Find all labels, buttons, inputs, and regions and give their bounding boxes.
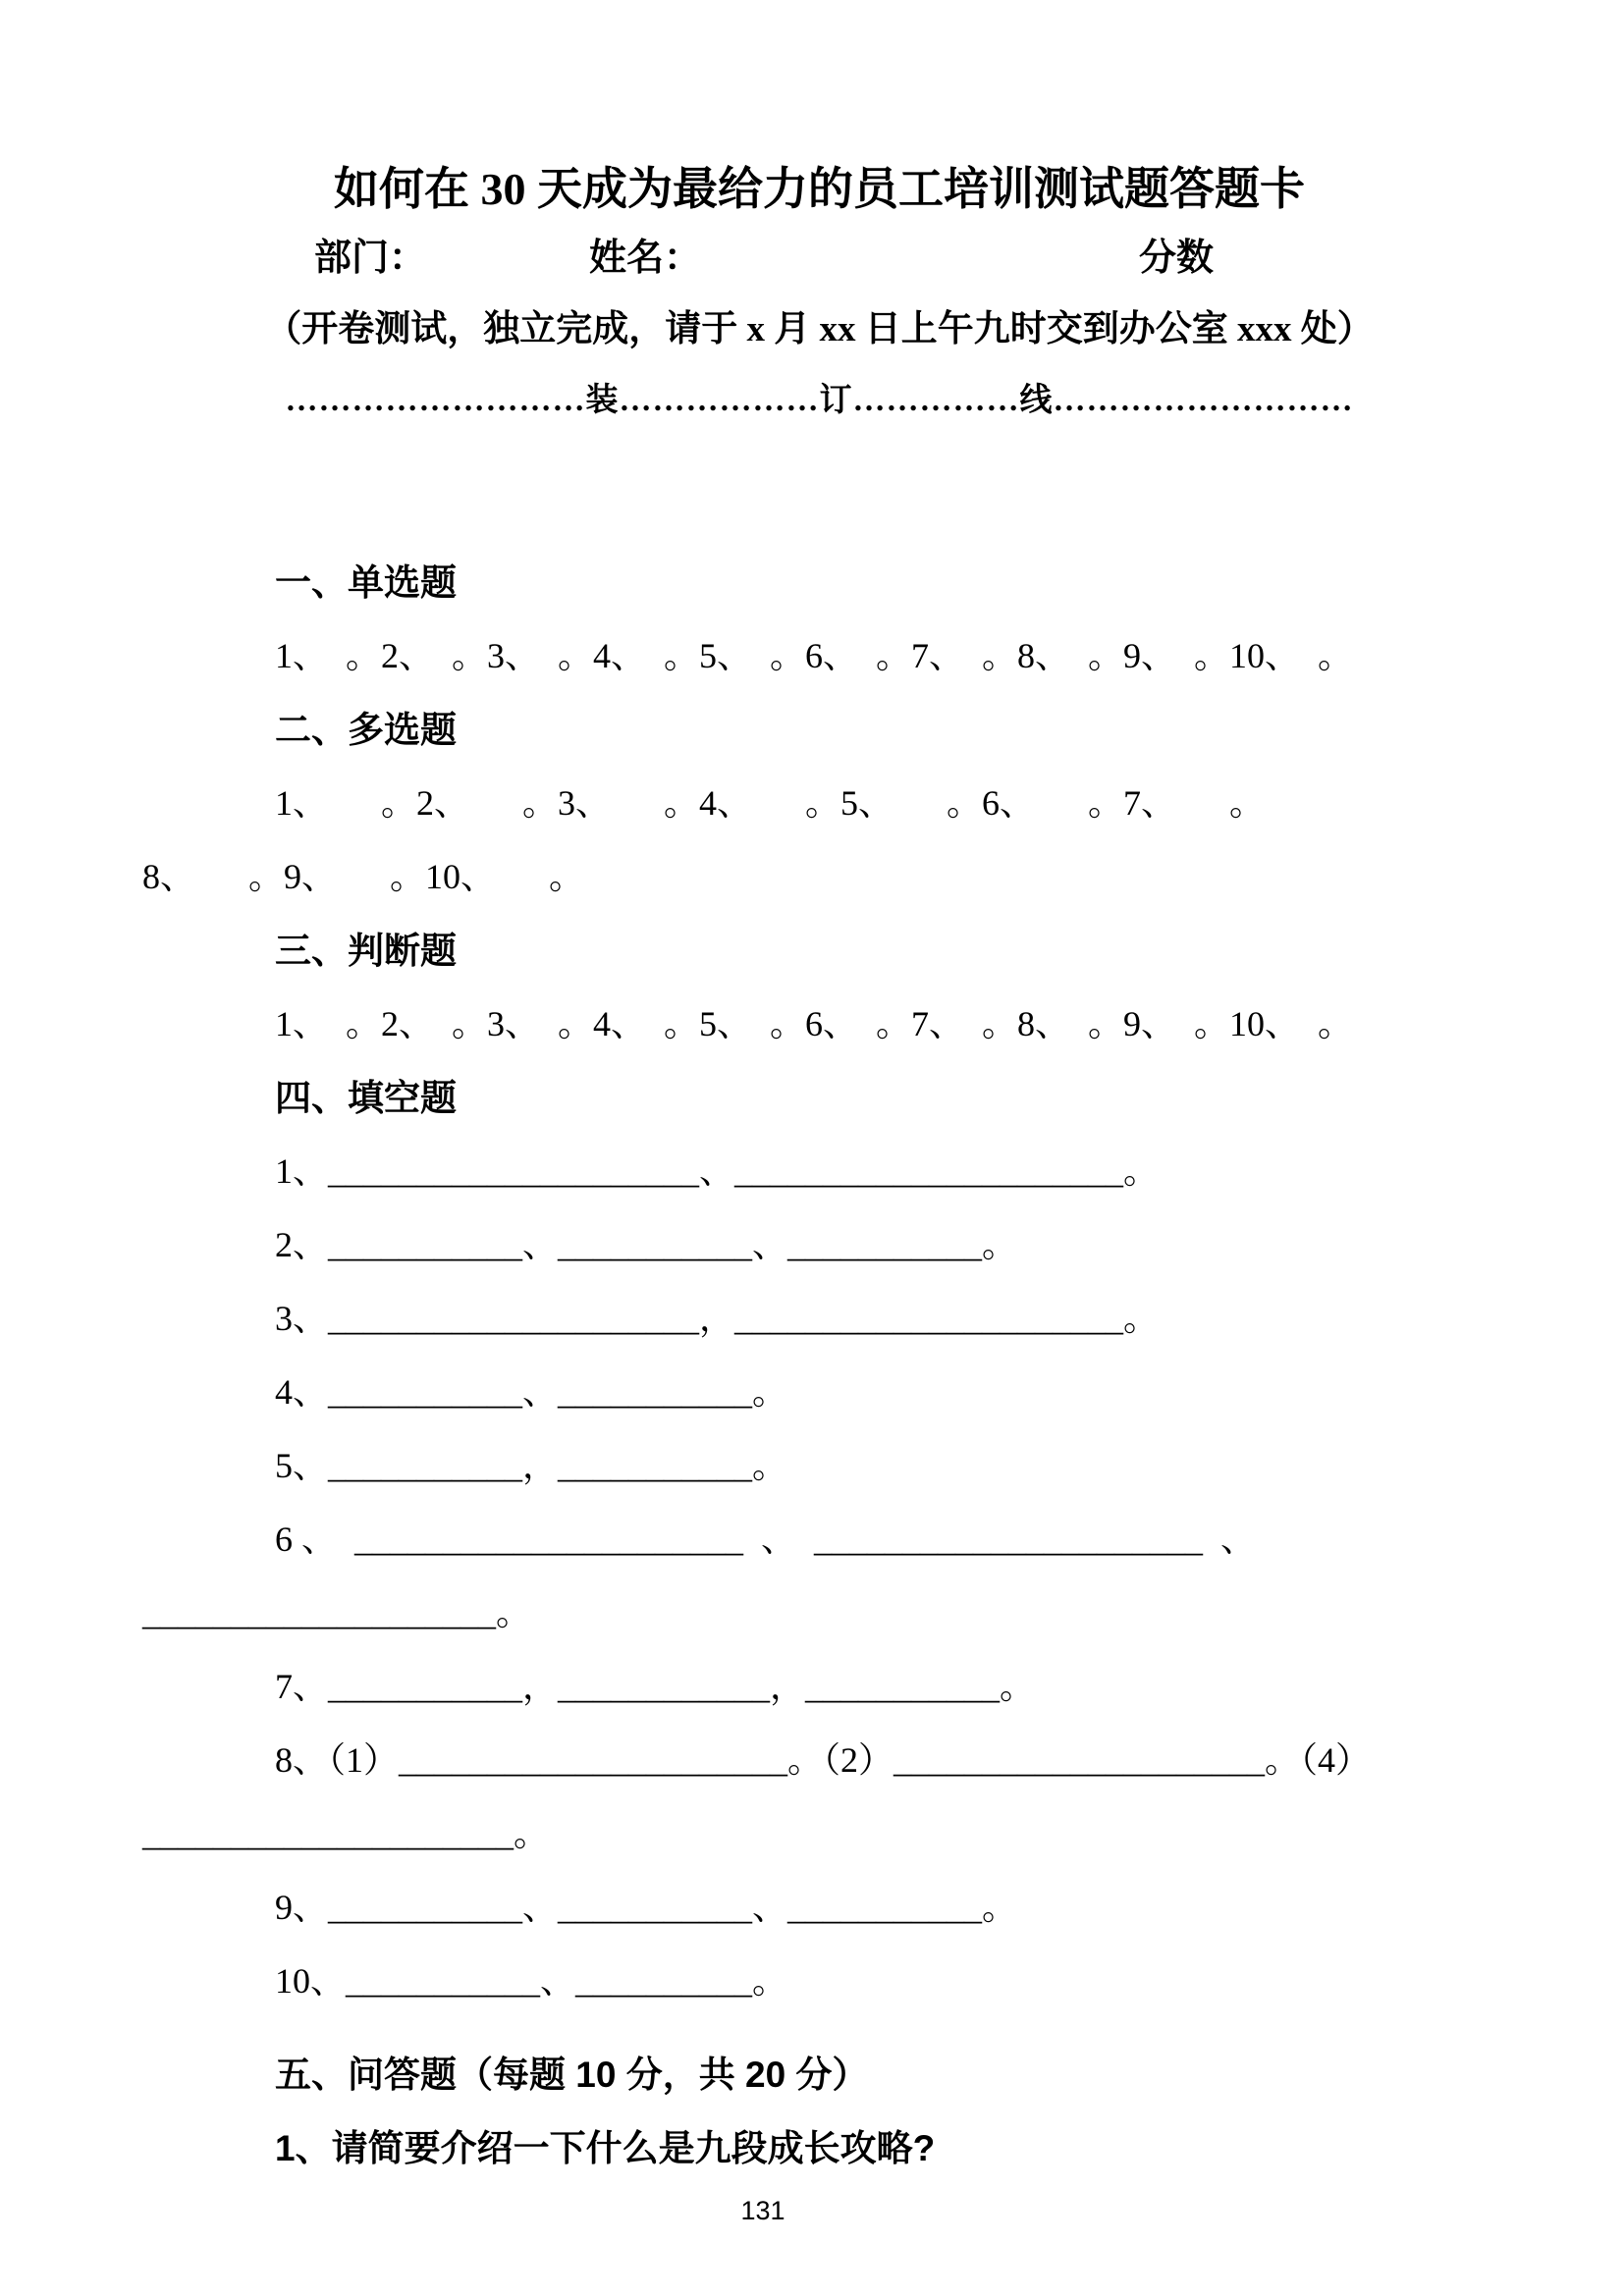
fill-blank-item-6-continuation: ____________________。 xyxy=(142,1576,1496,1650)
fill-blank-item-9: 9、___________、___________、___________。 xyxy=(142,1871,1496,1945)
department-field-label: 部门： xyxy=(314,222,426,294)
page-number: 131 xyxy=(142,2195,1383,2226)
section-heading-qa: 五、问答题（每题 10 分，共 20 分） xyxy=(142,2038,1496,2111)
fill-blank-item-6: 6 、 ______________________ 、 ___________… xyxy=(142,1503,1496,1576)
fill-blank-item-8: 8、（1）______________________。（2）_________… xyxy=(142,1724,1496,1797)
fill-blank-item-2: 2、___________、___________、___________。 xyxy=(142,1208,1496,1282)
single-choice-answer-line: 1、 。2、 。3、 。4、 。5、 。6、 。7、 。8、 。9、 。10、 … xyxy=(142,619,1496,693)
binding-line: ………………………装………………订……………线……………………… xyxy=(142,365,1496,436)
name-field-label: 姓名： xyxy=(589,222,701,294)
section-heading-multi-choice: 二、多选题 xyxy=(142,693,1496,767)
section-heading-single-choice: 一、单选题 xyxy=(142,546,1496,619)
header-fields: 部门： 姓名： 分数 xyxy=(142,222,1496,294)
qa-section-gap xyxy=(142,2018,1496,2038)
qa-question-1: 1、请简要介绍一下什么是九段成长攻略? xyxy=(142,2111,1496,2185)
fill-blank-item-7: 7、___________，____________，___________。 xyxy=(142,1650,1496,1724)
section-heading-fill-blank: 四、填空题 xyxy=(142,1061,1496,1135)
header-body-gap xyxy=(142,436,1496,546)
document-title: 如何在 30 天成为最给力的员工培训测试题答题卡 xyxy=(142,157,1496,222)
exam-instruction: （开卷测试，独立完成，请于 x 月 xx 日上午九时交到办公室 xxx 处） xyxy=(142,294,1496,365)
section-heading-true-false: 三、判断题 xyxy=(142,914,1496,988)
fill-blank-item-10: 10、___________、__________。 xyxy=(142,1945,1496,2018)
fill-blank-item-1: 1、_____________________、________________… xyxy=(142,1135,1496,1208)
fill-blank-item-3: 3、_____________________，________________… xyxy=(142,1282,1496,1356)
document-page: 如何在 30 天成为最给力的员工培训测试题答题卡 部门： 姓名： 分数 （开卷测… xyxy=(0,0,1624,2226)
fill-blank-item-5: 5、___________，___________。 xyxy=(142,1429,1496,1503)
fill-blank-item-8-continuation: _____________________。 xyxy=(142,1797,1496,1871)
multi-choice-answer-line-2: 8、 。9、 。10、 。 xyxy=(142,840,1496,914)
fill-blank-item-4: 4、___________、___________。 xyxy=(142,1356,1496,1429)
multi-choice-answer-line-1: 1、 。2、 。3、 。4、 。5、 。6、 。7、 。 xyxy=(142,767,1496,840)
score-field-label: 分数 xyxy=(1139,222,1214,294)
true-false-answer-line: 1、 。2、 。3、 。4、 。5、 。6、 。7、 。8、 。9、 。10、 … xyxy=(142,988,1496,1061)
